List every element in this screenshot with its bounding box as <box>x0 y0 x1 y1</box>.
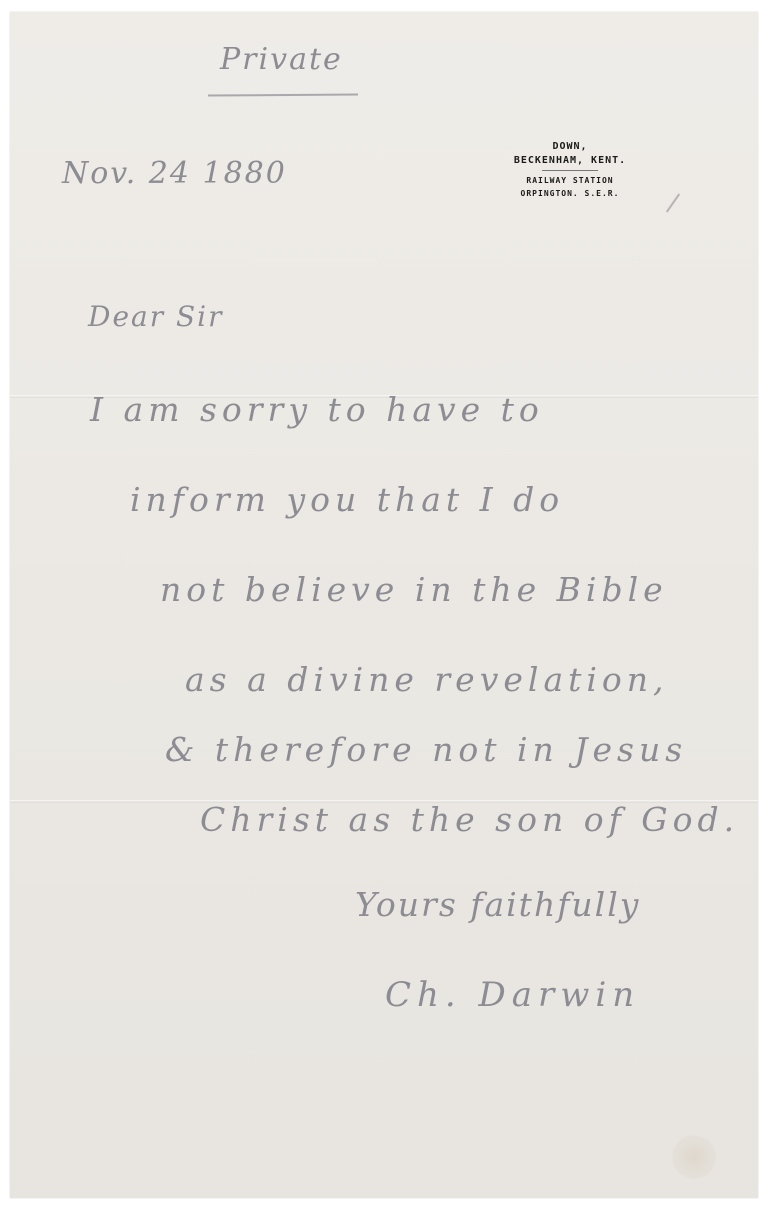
body-line-6: Christ as the son of God. <box>200 800 739 839</box>
letterhead-line-2: BECKENHAM, KENT. <box>470 154 670 168</box>
letterhead-line-1: DOWN, <box>470 140 670 154</box>
salutation: Dear Sir <box>88 300 224 333</box>
private-marking: Private <box>220 42 343 77</box>
body-line-1: I am sorry to have to <box>90 390 544 429</box>
body-line-5: & therefore not in Jesus <box>165 730 687 769</box>
letterhead-line-3: RAILWAY STATION <box>470 174 670 187</box>
closing: Yours faithfully <box>355 885 640 924</box>
signature: Ch. Darwin <box>385 975 640 1015</box>
letterhead-rule <box>542 170 598 171</box>
body-line-2: inform you that I do <box>130 480 564 519</box>
letterhead: DOWN, BECKENHAM, KENT. RAILWAY STATION O… <box>470 140 670 200</box>
paper-stain <box>672 1135 716 1179</box>
letterhead-line-4: ORPINGTON. S.E.R. <box>470 187 670 200</box>
body-line-3: not believe in the Bible <box>160 570 668 609</box>
body-line-4: as a divine revelation, <box>185 660 669 699</box>
letter-date: Nov. 24 1880 <box>62 156 287 191</box>
